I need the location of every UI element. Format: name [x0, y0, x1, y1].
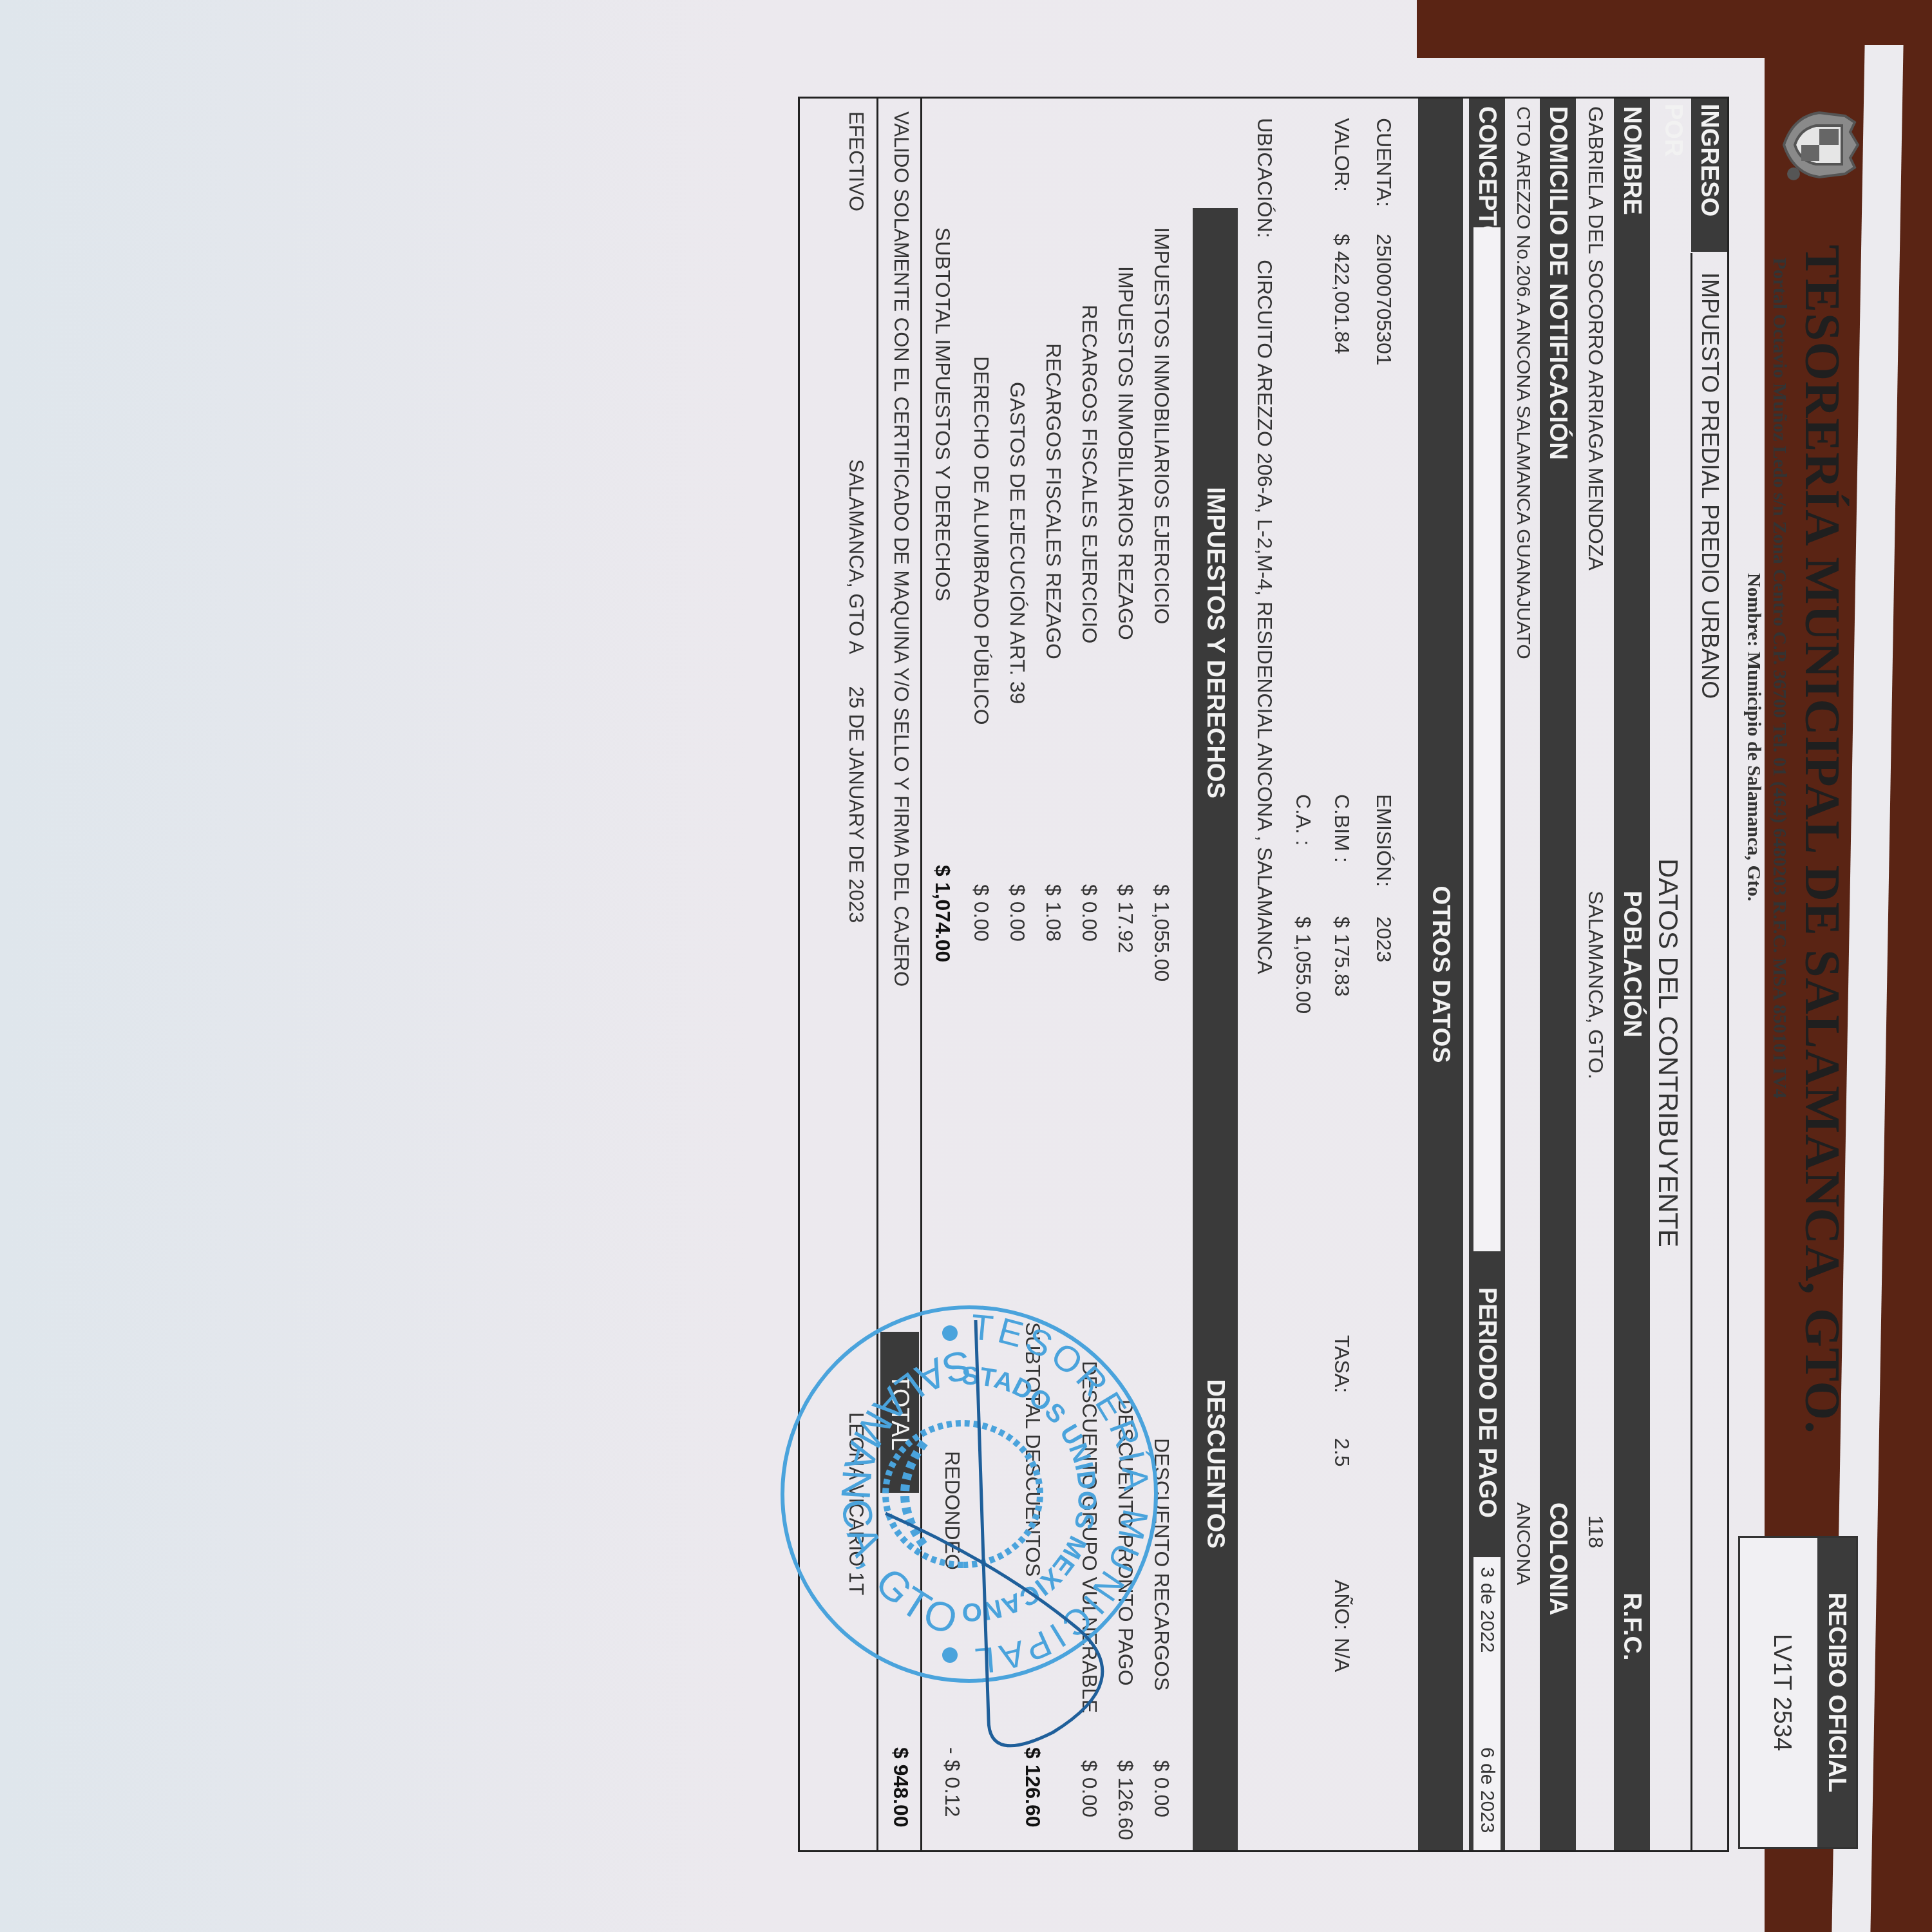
- contribuyente-title: DATOS DEL CONTRIBUYENTE: [1653, 858, 1683, 1247]
- valor-value: $ 422,001.84: [1330, 234, 1354, 354]
- nombre-bar: NOMBRE POBLACIÓN R.F.C.: [1614, 99, 1650, 1850]
- tasa-label: TASA:: [1330, 1335, 1354, 1393]
- descuento-row-label: DESCUENTO RECARGOS: [1150, 1438, 1173, 1690]
- cuenta-value: 25I000705301: [1372, 234, 1396, 366]
- cuenta-label: CUENTA:: [1372, 118, 1396, 207]
- impuesto-row-label: GASTOS DE EJECUCIÓN ART. 39: [1005, 382, 1029, 704]
- concepto-field: [1473, 227, 1501, 1380]
- receipt-frame: INGRESO POR IMPUESTO PREDIAL PREDIO URBA…: [798, 97, 1729, 1852]
- impuesto-row-amount: $ 17.92: [1113, 884, 1137, 953]
- descuento-row-label: DESCUENTO GRUPO VULNERABLE: [1077, 1361, 1101, 1713]
- domicilio-bar: DOMICILIO DE NOTIFICACIÓN COLONIA: [1540, 99, 1576, 1850]
- descuento-row-amount: $ 0.00: [1077, 1760, 1101, 1817]
- descuentos-subtotal-label: SUBTOTAL DESCUENTOS: [1021, 1322, 1045, 1577]
- divider: [920, 99, 922, 1850]
- impuesto-row-label: RECARGOS FISCALES REZAGO: [1041, 343, 1065, 659]
- place-date: SALAMANCA, GTO A 25 DE JANUARY DE 2023: [844, 459, 867, 923]
- ubicacion-label: UBICACIÓN:: [1253, 118, 1276, 238]
- redondeo-amount: - $ 0.12: [940, 1747, 964, 1817]
- periodo-to: 6 de 2023: [1476, 1747, 1498, 1833]
- municipal-crest-icon: [1781, 103, 1864, 187]
- cbim-value: $ 175.83: [1330, 916, 1354, 997]
- impuesto-row-amount: $ 0.00: [969, 884, 993, 942]
- nombre-label: NOMBRE: [1614, 106, 1650, 215]
- ca-label: C.A. :: [1291, 794, 1315, 846]
- anio-label: AÑO:: [1330, 1580, 1354, 1630]
- treasury-address: Portal Octavio Muñoz Ledo s/n Zona Centr…: [1768, 258, 1790, 1099]
- total-label: TOTAL: [880, 1332, 919, 1493]
- domicilio-label: DOMICILIO DE NOTIFICACIÓN: [1540, 106, 1576, 460]
- poblacion-value: SALAMANCA, GTO.: [1584, 891, 1607, 1079]
- impuesto-row-amount: $ 1,055.00: [1150, 884, 1173, 981]
- treasury-title: TESORERÍA MUNICIPAL DE SALAMANCA, GTO.: [1794, 245, 1851, 1434]
- rfc-value: 118: [1584, 1515, 1607, 1548]
- desk-background-top: [1417, 0, 1932, 58]
- rfc-label: R.F.C.: [1614, 1593, 1650, 1661]
- receipt-number: LV1T 2534: [1747, 1538, 1817, 1847]
- payment-method: EFECTIVO: [844, 111, 867, 211]
- impuesto-row-amount: $ 1.08: [1041, 884, 1065, 942]
- receipt-number-box: RECIBO OFICIAL LV1T 2534: [1738, 1536, 1858, 1849]
- descuento-row-amount: $ 126.60: [1113, 1760, 1137, 1841]
- descuentos-subtotal-amount: $ 126.60: [1021, 1747, 1045, 1828]
- impuestos-header: IMPUESTOS Y DERECHOS: [1193, 208, 1238, 1077]
- impuesto-row-label: DERECHO DE ALUMBRADO PÚBLICO: [969, 356, 993, 725]
- ca-value: $ 1,055.00: [1291, 916, 1315, 1014]
- impuesto-row-label: RECARGOS FISCALES EJERCICIO: [1077, 305, 1101, 643]
- emision-label: EMISIÓN:: [1372, 794, 1396, 887]
- nombre-value: GABRIELA DEL SOCORRO ARRIAGA MENDOZA: [1584, 106, 1607, 571]
- total-amount: $ 948.00: [889, 1747, 913, 1828]
- cashier-name: LEONA VICARIO 1T: [844, 1412, 867, 1595]
- impuesto-row-label: IMPUESTOS INMOBILIARIOS EJERCICIO: [1150, 227, 1173, 624]
- descuentos-header: DESCUENTOS: [1193, 1077, 1238, 1850]
- impuesto-row-amount: $ 0.00: [1005, 884, 1029, 942]
- valor-label: VALOR:: [1330, 118, 1354, 192]
- colonia-label: COLONIA: [1540, 1502, 1576, 1615]
- colonia-value: ANCONA: [1512, 1502, 1534, 1585]
- periodo-label: PERIODO DE PAGO: [1469, 1251, 1505, 1554]
- otros-datos-header: OTROS DATOS: [1418, 99, 1463, 1850]
- redondeo-label: REDONDEO: [940, 1451, 964, 1570]
- periodo-from: 3 de 2022: [1476, 1567, 1498, 1653]
- anio-value: N/A: [1330, 1638, 1354, 1672]
- impuestos-subtotal-label: SUBTOTAL IMPUESTOS Y DERECHOS: [931, 227, 954, 601]
- impuestos-subtotal-amount: $ 1,074.00: [931, 865, 954, 962]
- descuento-row-label: DESCUENTO PRONTO PAGO: [1113, 1399, 1137, 1686]
- divider: [876, 99, 878, 1850]
- concepto-label: CONCEPTO: [1469, 106, 1505, 245]
- domicilio-value: CTO AREZZO No.206.A ANCONA SALAMANCA GUA…: [1512, 106, 1534, 659]
- divider: [1690, 253, 1692, 1850]
- validity-notice: VALIDO SOLAMENTE CON EL CERTIFICADO DE M…: [889, 111, 913, 987]
- receipt-label: RECIBO OFICIAL: [1817, 1538, 1856, 1847]
- descuento-row-amount: $ 0.00: [1150, 1760, 1173, 1817]
- tasa-value: 2.5: [1330, 1438, 1354, 1466]
- cbim-label: C.BIM :: [1330, 794, 1354, 863]
- emision-value: 2023: [1372, 916, 1396, 962]
- official-receipt: TESORERÍA MUNICIPAL DE SALAMANCA, GTO. P…: [782, 84, 1877, 1861]
- ingreso-label: INGRESO POR: [1691, 99, 1727, 252]
- poblacion-label: POBLACIÓN: [1614, 891, 1650, 1037]
- municipality-name: Nombre: Municipio de Salamanca, Gto.: [1743, 573, 1765, 901]
- ingreso-value: IMPUESTO PREDIAL PREDIO URBANO: [1696, 272, 1723, 699]
- ubicacion-value: CIRCUITO AREZZO 206-A, L-2,M-4, RESIDENC…: [1253, 260, 1276, 974]
- impuesto-row-amount: $ 0.00: [1077, 884, 1101, 942]
- impuesto-row-label: IMPUESTOS INMOBILIARIOS REZAGO: [1113, 266, 1137, 640]
